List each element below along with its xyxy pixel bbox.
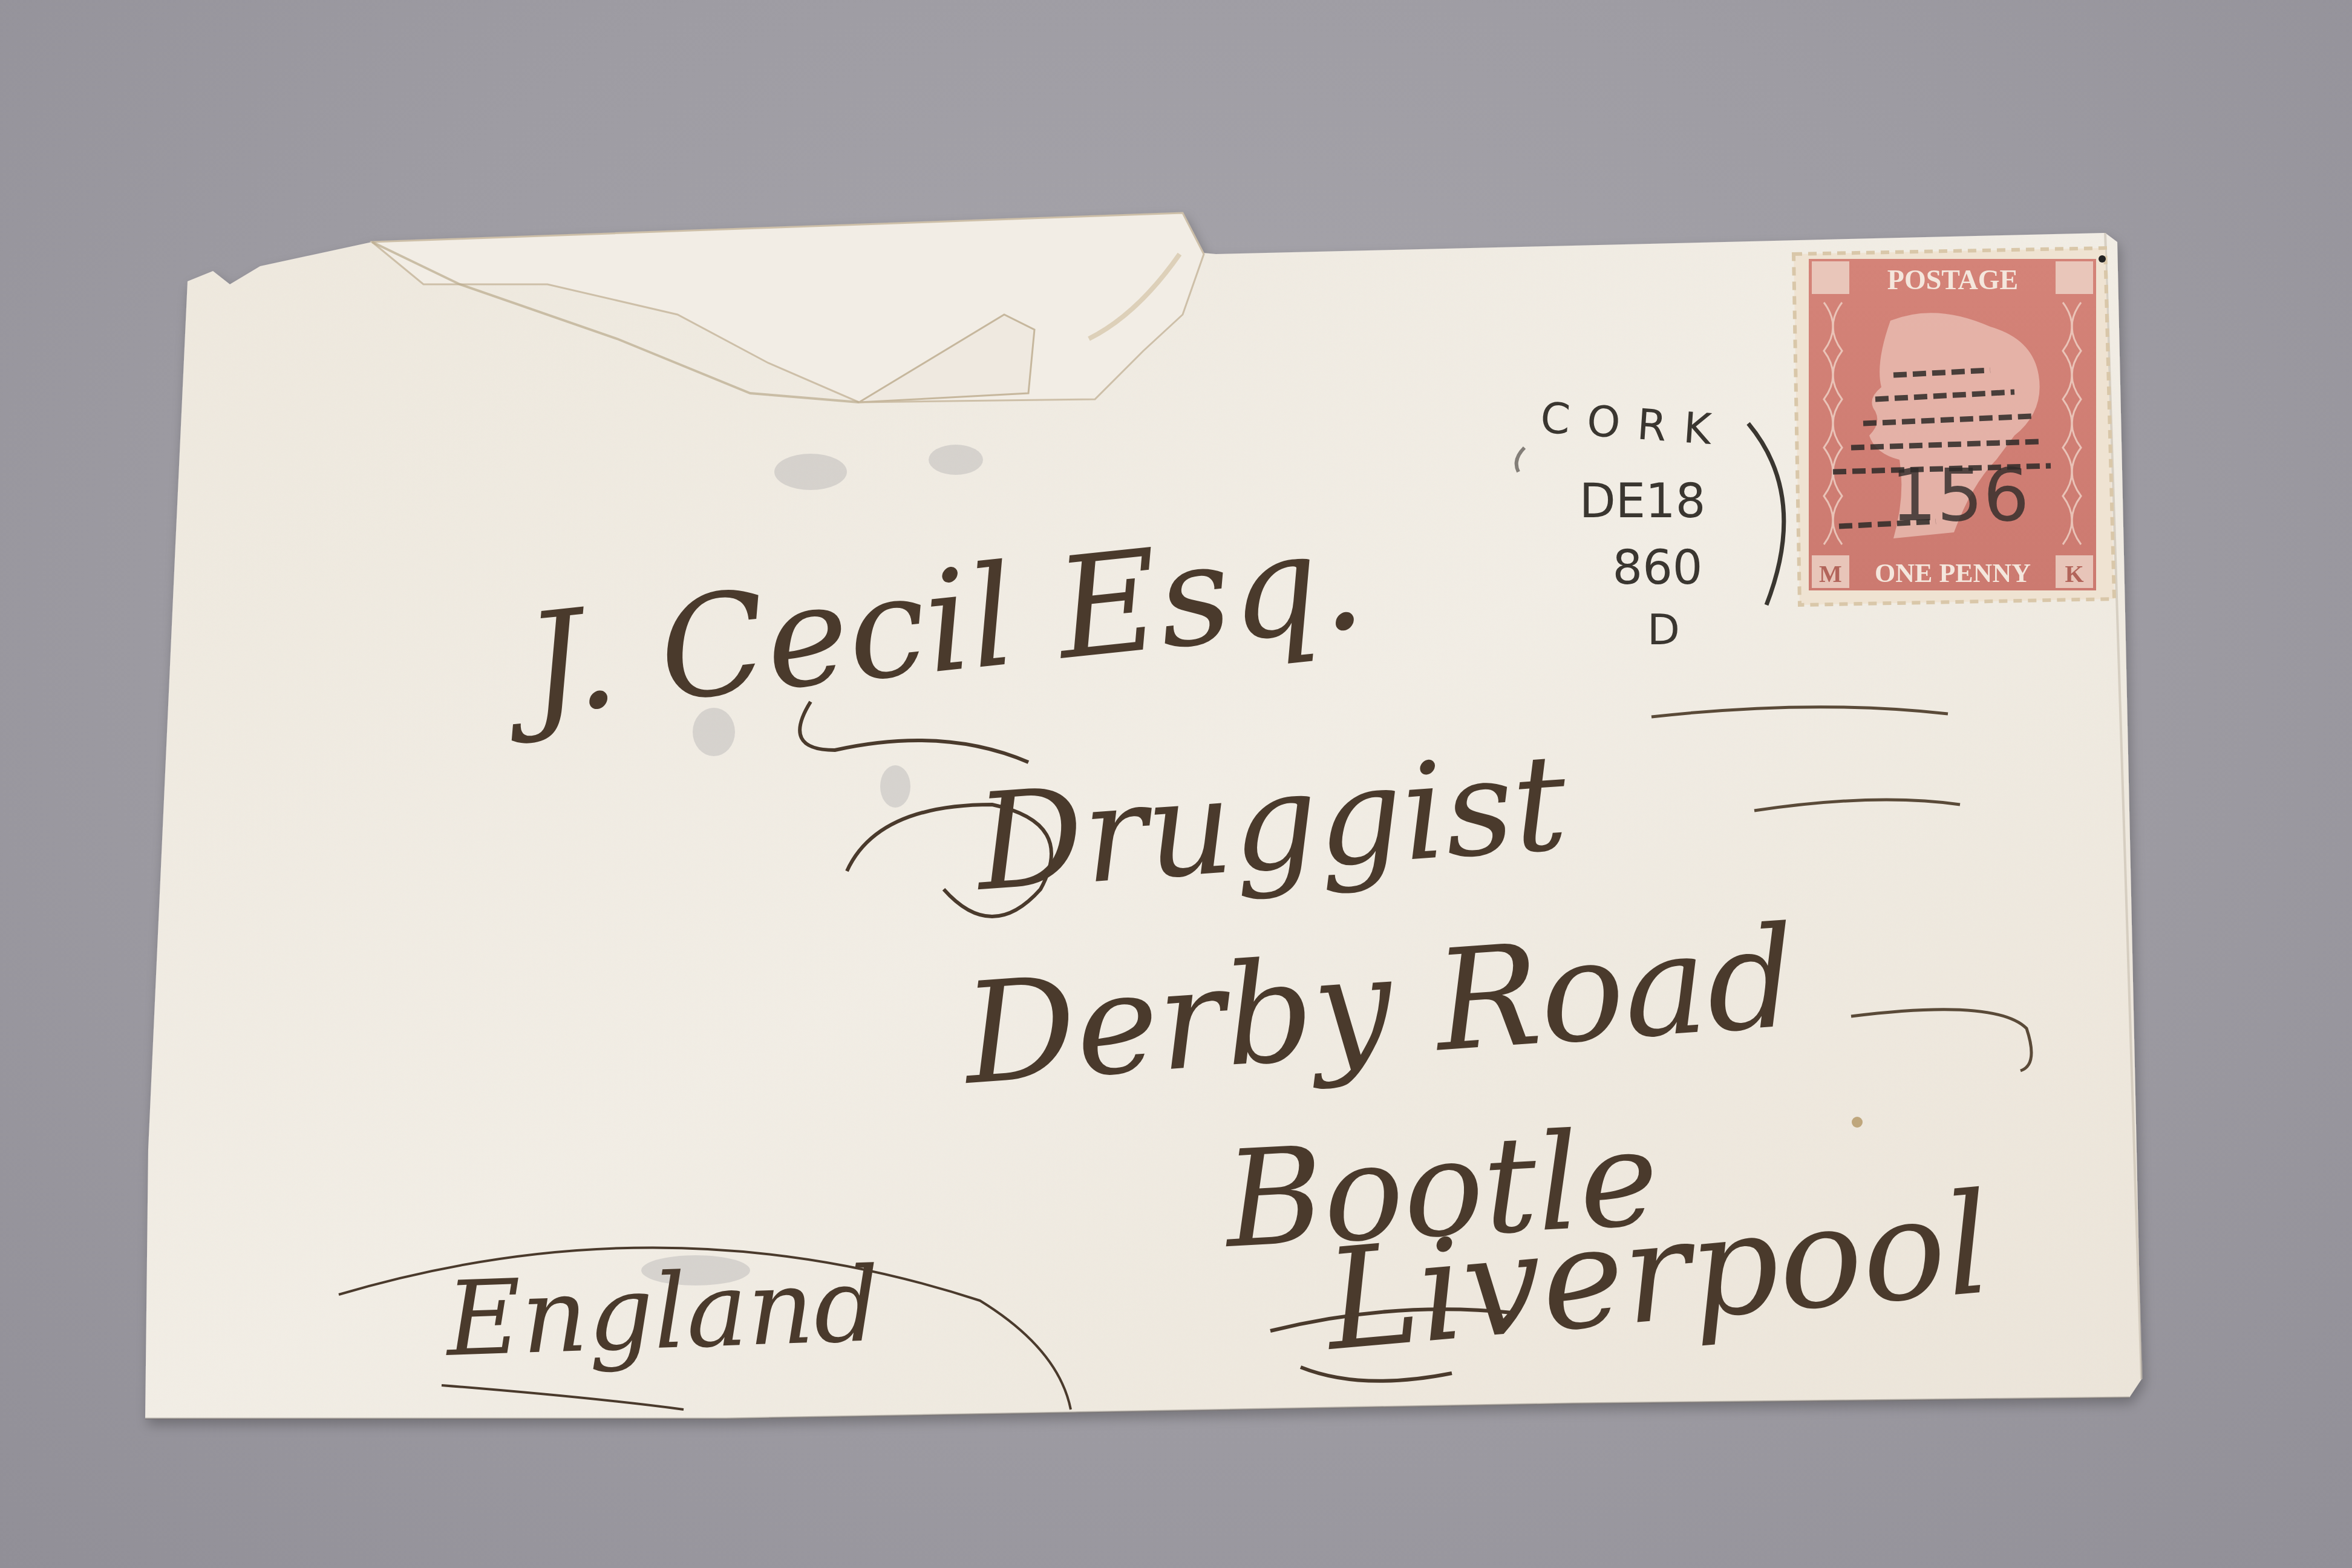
- postmark-date: DE18: [1579, 474, 1706, 529]
- postmark-year: 860: [1613, 541, 1703, 595]
- postmark-code: D: [1647, 605, 1680, 655]
- stamp-top-label: POSTAGE: [1887, 264, 2018, 295]
- envelope-photo: POSTAGE ONE PENNY M K 156: [0, 0, 2352, 1568]
- cancel-number: 156: [1890, 454, 2029, 538]
- stamp-corner-letter-left: M: [1819, 560, 1842, 587]
- stamp-bottom-label: ONE PENNY: [1875, 558, 2031, 588]
- postage-stamp: POSTAGE ONE PENNY M K 156: [1794, 248, 2114, 605]
- stamp-corner-letter-right: K: [2065, 560, 2083, 587]
- address-country: England: [443, 1245, 882, 1380]
- photo-scene: POSTAGE ONE PENNY M K 156: [0, 0, 2352, 1568]
